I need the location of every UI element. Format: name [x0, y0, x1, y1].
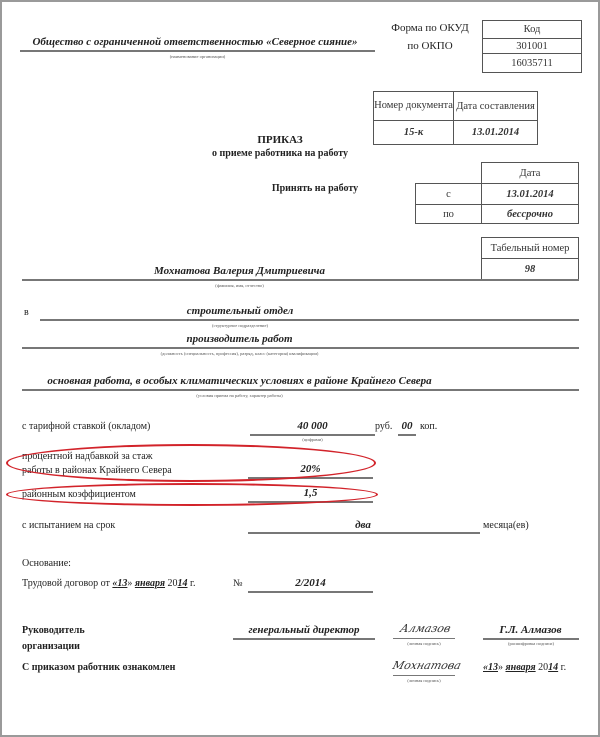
position-value: производитель работ — [22, 333, 457, 345]
tab-number-table: Табельный номер 98 — [481, 237, 579, 280]
head-decoded-name: Г.Л. Алмазов — [483, 624, 578, 636]
hire-to-value: бессрочно — [482, 205, 579, 224]
tab-number-value: 98 — [482, 259, 579, 280]
salary-value: 40 000 — [250, 420, 375, 432]
hire-label: Принять на работу — [250, 183, 380, 194]
doc-date-header: Дата составления — [454, 92, 538, 121]
order-subtitle: о приеме работника на работу — [180, 148, 380, 159]
north-bonus-highlight — [6, 444, 376, 482]
acknowledged-date: «13» января 2014 г. — [483, 662, 566, 673]
codes-header: Код — [483, 21, 582, 39]
basis-label: Основание: — [22, 558, 71, 569]
conditions-line — [22, 389, 579, 391]
head-position: генеральный директор — [233, 624, 375, 636]
department-line — [40, 319, 579, 321]
hire-from-value: 13.01.2014 — [482, 184, 579, 205]
basis-number-label: № — [233, 578, 243, 589]
basis-year-unit: г. — [190, 578, 195, 589]
basis-contract-label: Трудовой договор от — [22, 578, 110, 589]
employee-signature-line — [393, 675, 455, 676]
salary-rub-label: руб. — [375, 421, 392, 432]
probation-unit: месяца(ев) — [483, 520, 529, 531]
hire-to-label: по — [416, 205, 482, 224]
acknowledged-label: С приказом работник ознакомлен — [22, 662, 175, 673]
employee-name-line — [22, 279, 579, 281]
doc-number-value: 15-к — [374, 121, 454, 145]
position-line — [22, 347, 579, 349]
head-decoded-caption: (расшифровка подписи) — [483, 641, 579, 646]
position-caption: (должность (специальность, профессия), р… — [22, 351, 457, 356]
codes-table: Код 301001 16035711 — [482, 20, 582, 73]
salary-kop-line — [398, 434, 416, 436]
head-signature: Алмазов — [396, 622, 454, 635]
doc-date-value: 13.01.2014 — [454, 121, 538, 145]
okpo-value: 16035711 — [483, 54, 582, 73]
acknowledged-day: «13 — [483, 662, 498, 673]
employee-signature-caption: (личная подпись) — [393, 678, 455, 683]
salary-line — [250, 434, 375, 436]
basis-month: января — [135, 578, 165, 589]
regional-coef-highlight — [6, 483, 378, 506]
okud-value: 301001 — [483, 39, 582, 54]
employee-signature: Мохнатова — [391, 659, 456, 672]
hire-from-label: с — [416, 184, 482, 205]
organization-name: Общество с ограниченной ответственностью… — [20, 36, 370, 48]
department-caption: (структурное подразделение) — [40, 323, 440, 328]
hire-dates-table: Дата с 13.01.2014 по бессрочно — [415, 162, 579, 224]
okpo-label: по ОКПО — [390, 40, 470, 52]
acknowledged-year: 2014 — [538, 662, 558, 673]
basis-number-line — [248, 591, 373, 593]
salary-kop-value: 00 — [398, 420, 416, 432]
head-label-1: Руководитель — [22, 625, 85, 636]
department-prefix: в — [24, 307, 29, 318]
basis-day: «13 — [112, 578, 127, 589]
head-signature-caption: (личная подпись) — [393, 641, 455, 646]
probation-line — [248, 532, 480, 534]
employee-name-caption: (фамилия, имя, отчество) — [22, 283, 457, 288]
basis-contract: Трудовой договор от «13» января 2014 г. — [22, 578, 196, 589]
hire-date-header: Дата — [482, 163, 579, 184]
probation-label: с испытанием на срок — [22, 520, 115, 531]
order-title: ПРИКАЗ — [230, 134, 330, 146]
probation-value: два — [248, 519, 478, 531]
salary-caption: (цифрами) — [250, 437, 375, 442]
salary-label: с тарифной ставкой (окладом) — [22, 421, 150, 432]
head-position-line — [233, 638, 375, 640]
conditions-caption: (условия приема на работу, характер рабо… — [22, 393, 457, 398]
okud-label: Форма по ОКУД — [390, 22, 470, 34]
acknowledged-year-unit: г. — [561, 662, 566, 673]
head-label-2: организации — [22, 641, 80, 652]
acknowledged-month: января — [506, 662, 536, 673]
document-table: Номер документа Дата составления 15-к 13… — [373, 91, 538, 145]
organization-caption: (наименование организации) — [20, 54, 375, 59]
conditions-value: основная работа, в особых климатических … — [22, 375, 457, 387]
basis-year: 2014 — [168, 578, 188, 589]
basis-number-value: 2/2014 — [248, 577, 373, 589]
head-signature-line — [393, 638, 455, 639]
organization-line — [20, 50, 375, 52]
salary-kop-label: коп. — [420, 421, 437, 432]
doc-number-header: Номер документа — [374, 92, 454, 121]
head-decoded-line — [483, 638, 579, 640]
employee-name: Мохнатова Валерия Дмитриевича — [22, 265, 457, 277]
tab-number-header: Табельный номер — [482, 238, 579, 259]
department-value: строительный отдел — [40, 305, 440, 317]
